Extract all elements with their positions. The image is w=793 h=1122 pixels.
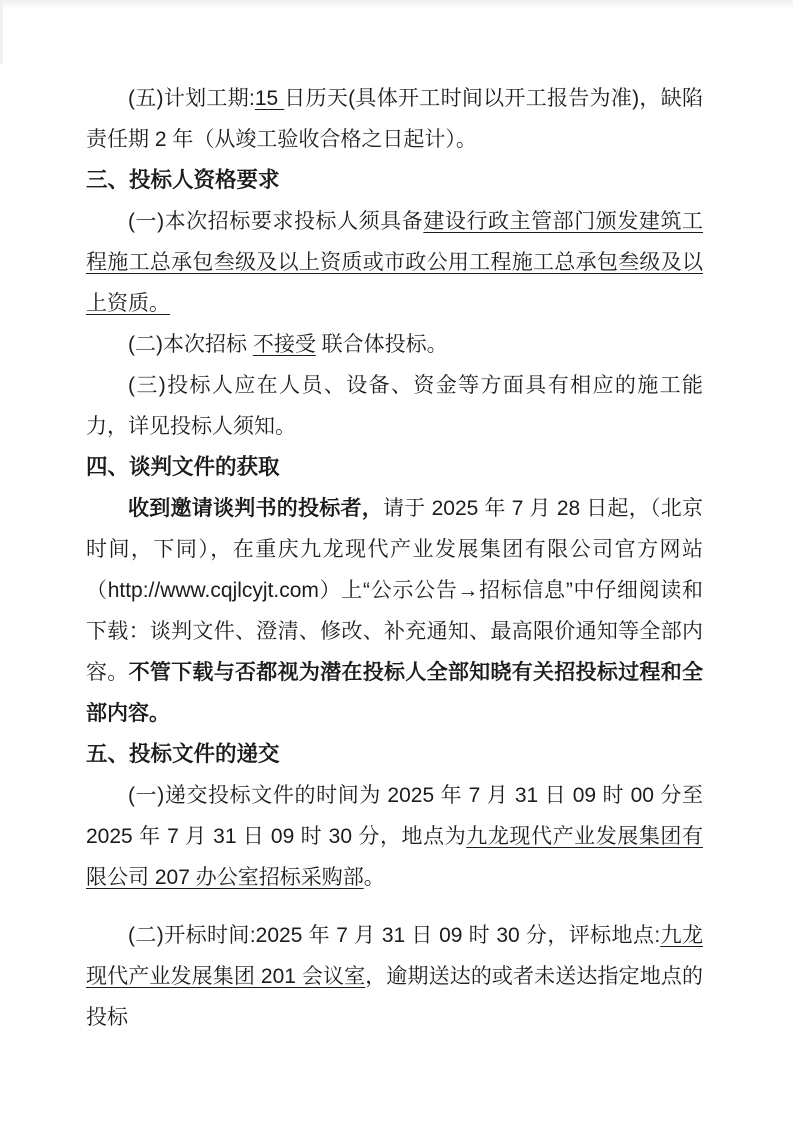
bold-download-notice: 不管下载与否都视为潜在投标人全部知晓有关招投标过程和全部内容。 <box>86 661 703 725</box>
page-content: (五)计划工期:15 日历天(具体开工时间以开工报告为准)，缺陷责任期 2 年（… <box>0 0 793 1038</box>
text-run: 联合体投标。 <box>316 333 448 356</box>
document-page: (五)计划工期:15 日历天(具体开工时间以开工报告为准)，缺陷责任期 2 年（… <box>0 0 793 1122</box>
paragraph-bid-opening: (二)开标时间:2025 年 7 月 31 日 09 时 30 分，评标地点:九… <box>86 915 703 1038</box>
underlined-duration-days: 15 <box>255 87 284 110</box>
paragraph-plan-duration: (五)计划工期:15 日历天(具体开工时间以开工报告为准)，缺陷责任期 2 年（… <box>86 78 703 160</box>
text-run: 。 <box>364 866 385 889</box>
paragraph-consortium: (二)本次招标 不接受 联合体投标。 <box>86 324 703 365</box>
bold-invited-bidders: 收到邀请谈判书的投标者， <box>128 497 383 520</box>
text-run: (二)本次招标 <box>128 333 253 356</box>
text-run: (一)本次招标要求投标人须具备 <box>128 210 423 233</box>
heading-bid-submission: 五、投标文件的递交 <box>86 734 703 775</box>
underlined-not-accepted: 不接受 <box>253 333 316 356</box>
paragraph-document-acquisition: 收到邀请谈判书的投标者，请于 2025 年 7 月 28 日起，（北京时间，下同… <box>86 488 703 734</box>
heading-document-acquisition: 四、谈判文件的获取 <box>86 447 703 488</box>
paragraph-submission-time: (一)递交投标文件的时间为 2025 年 7 月 31 日 09 时 00 分至… <box>86 775 703 898</box>
heading-bidder-qualification: 三、投标人资格要求 <box>86 160 703 201</box>
paragraph-capability: (三)投标人应在人员、设备、资金等方面具有相应的施工能力，详见投标人须知。 <box>86 365 703 447</box>
text-run: 请于 2025 年 7 月 28 日起，（北京时间，下同），在重庆九龙现代产业发… <box>86 497 703 684</box>
paragraph-qualification-requirement: (一)本次招标要求投标人须具备建设行政主管部门颁发建筑工程施工总承包叁级及以上资… <box>86 201 703 324</box>
text-run: (五)计划工期: <box>128 87 255 110</box>
text-run: (二)开标时间:2025 年 7 月 31 日 09 时 30 分，评标地点: <box>128 924 660 947</box>
text-run: (三)投标人应在人员、设备、资金等方面具有相应的施工能力，详见投标人须知。 <box>86 374 703 438</box>
